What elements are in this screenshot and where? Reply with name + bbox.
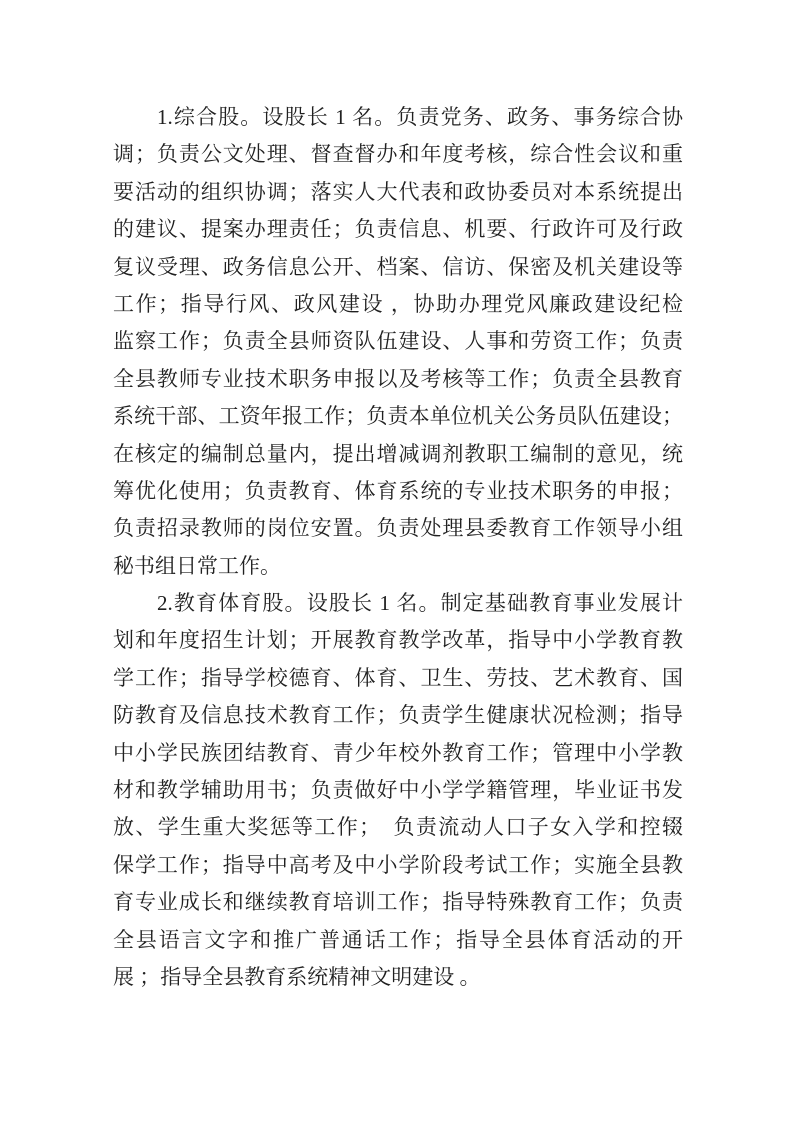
text-line: 监察工作；负责全县师资队伍建设、人事和劳资工作；负责	[113, 323, 683, 360]
text-line: 全县教师专业技术职务申报以及考核等工作；负责全县教育	[113, 361, 683, 398]
text-line: 展 ；指导全县教育系统精神文明建设 。	[113, 959, 683, 996]
document-page: 1.综合股。设股长 1 名。负责党务、政务、事务综合协调；负责公文处理、督查督办…	[0, 0, 793, 1122]
text-line: 在核定的编制总量内，提出增减调剂教职工编制的意见，统	[113, 436, 683, 473]
text-line: 中小学民族团结教育、青少年校外教育工作；管理中小学教	[113, 735, 683, 772]
paragraph-section-1-comprehensive-division: 1.综合股。设股长 1 名。负责党务、政务、事务综合协调；负责公文处理、督查督办…	[113, 99, 683, 585]
text-line: 2.教育体育股。设股长 1 名。制定基础教育事业发展计	[113, 585, 683, 622]
text-line: 防教育及信息技术教育工作；负责学生健康状况检测；指导	[113, 697, 683, 734]
text-line: 负责招录教师的岗位安置。负责处理县委教育工作领导小组	[113, 510, 683, 547]
text-line: 秘书组日常工作。	[113, 548, 683, 585]
text-line: 全县语言文字和推广普通话工作；指导全县体育活动的开	[113, 922, 683, 959]
text-line: 材和教学辅助用书；负责做好中小学学籍管理，毕业证书发	[113, 772, 683, 809]
text-line: 保学工作；指导中高考及中小学阶段考试工作；实施全县教	[113, 847, 683, 884]
paragraph-section-2-education-sports-division: 2.教育体育股。设股长 1 名。制定基础教育事业发展计划和年度招生计划；开展教育…	[113, 585, 683, 996]
text-line: 划和年度招生计划；开展教育教学改革，指导中小学教育教	[113, 622, 683, 659]
text-line: 系统干部、工资年报工作；负责本单位机关公务员队伍建设；	[113, 398, 683, 435]
text-line: 筹优化使用；负责教育、体育系统的专业技术职务的申报；	[113, 473, 683, 510]
text-line: 的建议、提案办理责任；负责信息、机要、行政许可及行政	[113, 211, 683, 248]
document-body: 1.综合股。设股长 1 名。负责党务、政务、事务综合协调；负责公文处理、督查督办…	[113, 99, 683, 996]
text-line: 工作；指导行风、政风建设 ，协助办理党风廉政建设纪检	[113, 286, 683, 323]
text-line: 放、学生重大奖惩等工作； 负责流动人口子女入学和控辍	[113, 809, 683, 846]
text-line: 调；负责公文处理、督查督办和年度考核，综合性会议和重	[113, 136, 683, 173]
text-line: 要活动的组织协调；落实人大代表和政协委员对本系统提出	[113, 174, 683, 211]
text-line: 1.综合股。设股长 1 名。负责党务、政务、事务综合协	[113, 99, 683, 136]
text-line: 学工作；指导学校德育、体育、卫生、劳技、艺术教育、国	[113, 660, 683, 697]
text-line: 育专业成长和继续教育培训工作；指导特殊教育工作；负责	[113, 884, 683, 921]
text-line: 复议受理、政务信息公开、档案、信访、保密及机关建设等	[113, 249, 683, 286]
